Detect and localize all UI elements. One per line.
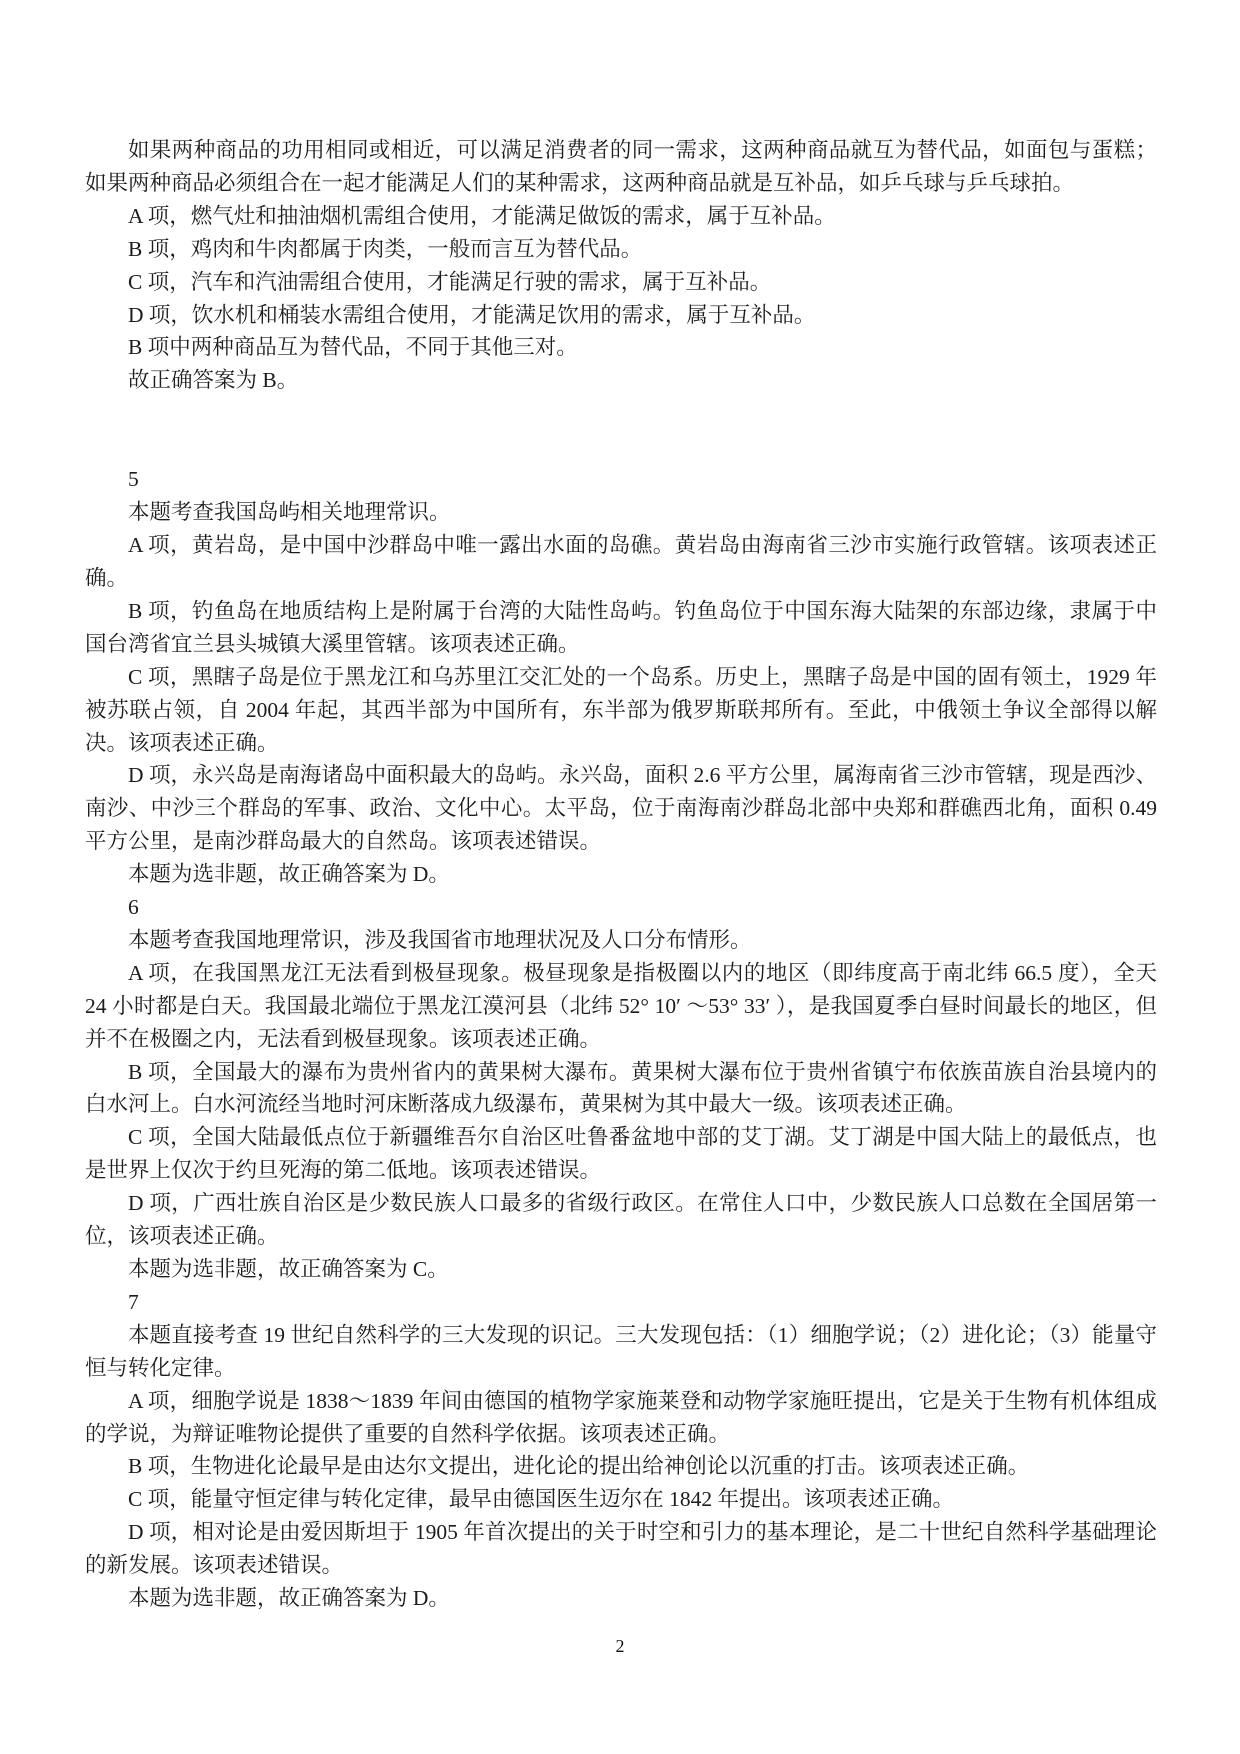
q4-option-a: A 项，燃气灶和抽油烟机需组合使用，才能满足做饭的需求，属于互补品。: [85, 200, 1157, 233]
q6-option-d: D 项，广西壮族自治区是少数民族人口最多的省级行政区。在常住人口中，少数民族人口…: [85, 1187, 1157, 1253]
document-page: 如果两种商品的功用相同或相近，可以满足消费者的同一需求，这两种商品就互为替代品，…: [0, 0, 1240, 1754]
q6-option-c: C 项，全国大陆最低点位于新疆维吾尔自治区吐鲁番盆地中部的艾丁湖。艾丁湖是中国大…: [85, 1121, 1157, 1187]
q7-number: 7: [85, 1286, 1157, 1319]
q4-option-d: D 项，饮水机和桶装水需组合使用，才能满足饮用的需求，属于互补品。: [85, 299, 1157, 332]
q6-number: 6: [85, 891, 1157, 924]
q7-intro: 本题直接考查 19 世纪自然科学的三大发现的识记。三大发现包括：（1）细胞学说；…: [85, 1319, 1157, 1385]
q5-option-c: C 项，黑瞎子岛是位于黑龙江和乌苏里江交汇处的一个岛系。历史上，黑瞎子岛是中国的…: [85, 661, 1157, 760]
q5-number: 5: [85, 463, 1157, 496]
q5-answer: 本题为选非题，故正确答案为 D。: [85, 858, 1157, 891]
document-body: 如果两种商品的功用相同或相近，可以满足消费者的同一需求，这两种商品就互为替代品，…: [85, 134, 1157, 1615]
q6-option-b: B 项，全国最大的瀑布为贵州省内的黄果树大瀑布。黄果树大瀑布位于贵州省镇宁布依族…: [85, 1056, 1157, 1122]
page-number: 2: [616, 1636, 625, 1656]
q5-option-b: B 项，钓鱼岛在地质结构上是附属于台湾的大陆性岛屿。钓鱼岛位于中国东海大陆架的东…: [85, 595, 1157, 661]
section-gap: [85, 397, 1157, 463]
q7-option-a: A 项，细胞学说是 1838～1839 年间由德国的植物学家施莱登和动物学家施旺…: [85, 1385, 1157, 1451]
q4-option-c: C 项，汽车和汽油需组合使用，才能满足行驶的需求，属于互补品。: [85, 266, 1157, 299]
q5-intro: 本题考查我国岛屿相关地理常识。: [85, 496, 1157, 529]
q7-option-d: D 项，相对论是由爱因斯坦于 1905 年首次提出的关于时空和引力的基本理论，是…: [85, 1516, 1157, 1582]
q6-option-a: A 项，在我国黑龙江无法看到极昼现象。极昼现象是指极圈以内的地区（即纬度高于南北…: [85, 957, 1157, 1056]
page-footer: 2: [0, 1636, 1240, 1657]
q7-option-c: C 项，能量守恒定律与转化定律，最早由德国医生迈尔在 1842 年提出。该项表述…: [85, 1483, 1157, 1516]
q7-answer: 本题为选非题，故正确答案为 D。: [85, 1582, 1157, 1615]
q4-option-b: B 项，鸡肉和牛肉都属于肉类，一般而言互为替代品。: [85, 233, 1157, 266]
q4-summary: B 项中两种商品互为替代品，不同于其他三对。: [85, 331, 1157, 364]
q7-option-b: B 项，生物进化论最早是由达尔文提出，进化论的提出给神创论以沉重的打击。该项表述…: [85, 1450, 1157, 1483]
q5-option-a: A 项，黄岩岛，是中国中沙群岛中唯一露出水面的岛礁。黄岩岛由海南省三沙市实施行政…: [85, 529, 1157, 595]
q6-answer: 本题为选非题，故正确答案为 C。: [85, 1253, 1157, 1286]
q4-answer: 故正确答案为 B。: [85, 364, 1157, 397]
q5-option-d: D 项，永兴岛是南海诸岛中面积最大的岛屿。永兴岛，面积 2.6 平方公里，属海南…: [85, 759, 1157, 858]
q4-explanation-intro: 如果两种商品的功用相同或相近，可以满足消费者的同一需求，这两种商品就互为替代品，…: [85, 134, 1157, 200]
q6-intro: 本题考查我国地理常识，涉及我国省市地理状况及人口分布情形。: [85, 924, 1157, 957]
